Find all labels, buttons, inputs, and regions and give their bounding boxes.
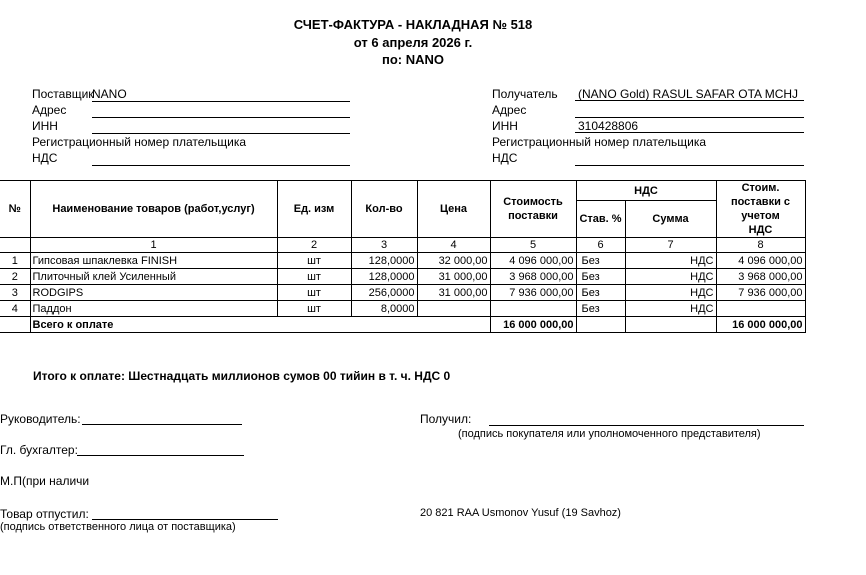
received-label: Получил: <box>420 412 471 426</box>
row-total <box>716 301 805 317</box>
row-qty: 256,0000 <box>351 285 417 301</box>
row-vat-rate: Без <box>576 301 625 317</box>
row-name: RODGIPS <box>30 285 277 301</box>
row-total: 3 968 000,00 <box>716 269 805 285</box>
invoice-table: № Наименование товаров (работ,услуг) Ед.… <box>0 180 806 333</box>
row-cost: 3 968 000,00 <box>490 269 576 285</box>
row-num: 4 <box>0 301 30 317</box>
total-row-label: Всего к оплате <box>30 317 490 333</box>
proxy-info: 20 821 RAA Usmonov Yusuf (19 Savhoz) <box>420 507 621 519</box>
supplier-address-value <box>92 103 350 118</box>
amount-in-words: Итого к оплате: Шестнадцать миллионов су… <box>33 369 450 383</box>
recipient-label: Получатель <box>492 87 558 101</box>
row-num: 1 <box>0 253 30 269</box>
total-row-vat-rate <box>576 317 625 333</box>
supplier-label: Поставщик <box>32 87 94 101</box>
col-number-2: 2 <box>277 238 351 253</box>
row-name: Плиточный клей Усиленный <box>30 269 277 285</box>
row-total: 7 936 000,00 <box>716 285 805 301</box>
col-header-unit: Ед. изм <box>277 181 351 238</box>
col-number-4: 4 <box>417 238 490 253</box>
row-total: 4 096 000,00 <box>716 253 805 269</box>
recipient-vat-value <box>575 151 804 166</box>
supplier-inn-value <box>92 119 350 134</box>
recipient-value: (NANO Gold) RASUL SAFAR OTA MCHJ <box>575 87 804 101</box>
col-header-vat-sum: Сумма <box>625 201 716 238</box>
supplier-vat-value <box>92 151 350 166</box>
table-row: 2 Плиточный клей Усиленный шт 128,0000 3… <box>0 269 805 285</box>
total-row-blank <box>0 317 30 333</box>
row-vat-rate: Без <box>576 269 625 285</box>
director-label: Руководитель: <box>0 412 81 426</box>
col-header-price: Цена <box>417 181 490 238</box>
recipient-inn-label: ИНН <box>492 119 518 133</box>
row-vat-rate: Без <box>576 253 625 269</box>
recipient-address-value <box>575 103 804 118</box>
row-vat-sum: НДС <box>625 269 716 285</box>
col-header-qty: Кол-во <box>351 181 417 238</box>
col-header-num: № <box>0 181 30 238</box>
row-price: 32 000,00 <box>417 253 490 269</box>
row-cost: 4 096 000,00 <box>490 253 576 269</box>
col-header-total-with-vat: Стоим. поставки с учетом НДС <box>716 181 805 238</box>
row-unit: шт <box>277 269 351 285</box>
supplier-value: NANO <box>92 87 350 102</box>
invoice-title: СЧЕТ-ФАКТУРА - НАКЛАДНАЯ № 518 <box>0 17 826 32</box>
row-unit: шт <box>277 285 351 301</box>
table-row: 1 Гипсовая шпаклевка FINISH шт 128,0000 … <box>0 253 805 269</box>
recipient-inn-value: 310428806 <box>575 119 804 133</box>
col-header-vat-group: НДС <box>576 181 716 201</box>
recipient-reg-label: Регистрационный номер плательщика <box>492 135 706 149</box>
row-name: Паддон <box>30 301 277 317</box>
row-vat-rate: Без <box>576 285 625 301</box>
row-qty: 128,0000 <box>351 269 417 285</box>
total-row-vat-sum <box>625 317 716 333</box>
row-name: Гипсовая шпаклевка FINISH <box>30 253 277 269</box>
recipient-vat-label: НДС <box>492 151 517 165</box>
table-row: 3 RODGIPS шт 256,0000 31 000,00 7 936 00… <box>0 285 805 301</box>
col-number-8: 8 <box>716 238 805 253</box>
col-number-1: 1 <box>30 238 277 253</box>
col-number-5: 5 <box>490 238 576 253</box>
supplier-inn-label: ИНН <box>32 119 58 133</box>
row-num: 2 <box>0 269 30 285</box>
accountant-label: Гл. бухгалтер: <box>0 443 78 457</box>
invoice-by: по: NANO <box>0 52 826 67</box>
row-qty: 8,0000 <box>351 301 417 317</box>
col-header-cost: Стоимость поставки <box>490 181 576 238</box>
director-signature-line <box>82 410 242 425</box>
col-number-3: 3 <box>351 238 417 253</box>
supplier-vat-label: НДС <box>32 151 57 165</box>
released-signature-line <box>92 505 278 520</box>
row-num: 3 <box>0 285 30 301</box>
row-qty: 128,0000 <box>351 253 417 269</box>
row-cost: 7 936 000,00 <box>490 285 576 301</box>
released-note: (подпись ответственного лица от поставщи… <box>0 521 236 533</box>
col-header-vat-rate: Став. % <box>576 201 625 238</box>
invoice-date: от 6 апреля 2026 г. <box>0 35 826 50</box>
row-vat-sum: НДС <box>625 301 716 317</box>
row-price: 31 000,00 <box>417 269 490 285</box>
total-row-total: 16 000 000,00 <box>716 317 805 333</box>
total-row-cost: 16 000 000,00 <box>490 317 576 333</box>
received-note: (подпись покупателя или уполномоченного … <box>458 428 761 440</box>
col-number-blank <box>0 238 30 253</box>
table-total-row: Всего к оплате 16 000 000,00 16 000 000,… <box>0 317 805 333</box>
table-row: 4 Паддон шт 8,0000 Без НДС <box>0 301 805 317</box>
row-cost <box>490 301 576 317</box>
row-unit: шт <box>277 253 351 269</box>
recipient-address-label: Адрес <box>492 103 526 117</box>
supplier-address-label: Адрес <box>32 103 66 117</box>
col-number-7: 7 <box>625 238 716 253</box>
col-number-6: 6 <box>576 238 625 253</box>
row-vat-sum: НДС <box>625 285 716 301</box>
row-price: 31 000,00 <box>417 285 490 301</box>
accountant-signature-line <box>77 441 244 456</box>
received-signature-line <box>489 411 804 426</box>
supplier-reg-label: Регистрационный номер плательщика <box>32 135 246 149</box>
row-unit: шт <box>277 301 351 317</box>
released-label: Товар отпустил: <box>0 507 89 521</box>
row-price <box>417 301 490 317</box>
stamp-label: М.П(при наличи <box>0 474 89 488</box>
row-vat-sum: НДС <box>625 253 716 269</box>
col-header-name: Наименование товаров (работ,услуг) <box>30 181 277 238</box>
